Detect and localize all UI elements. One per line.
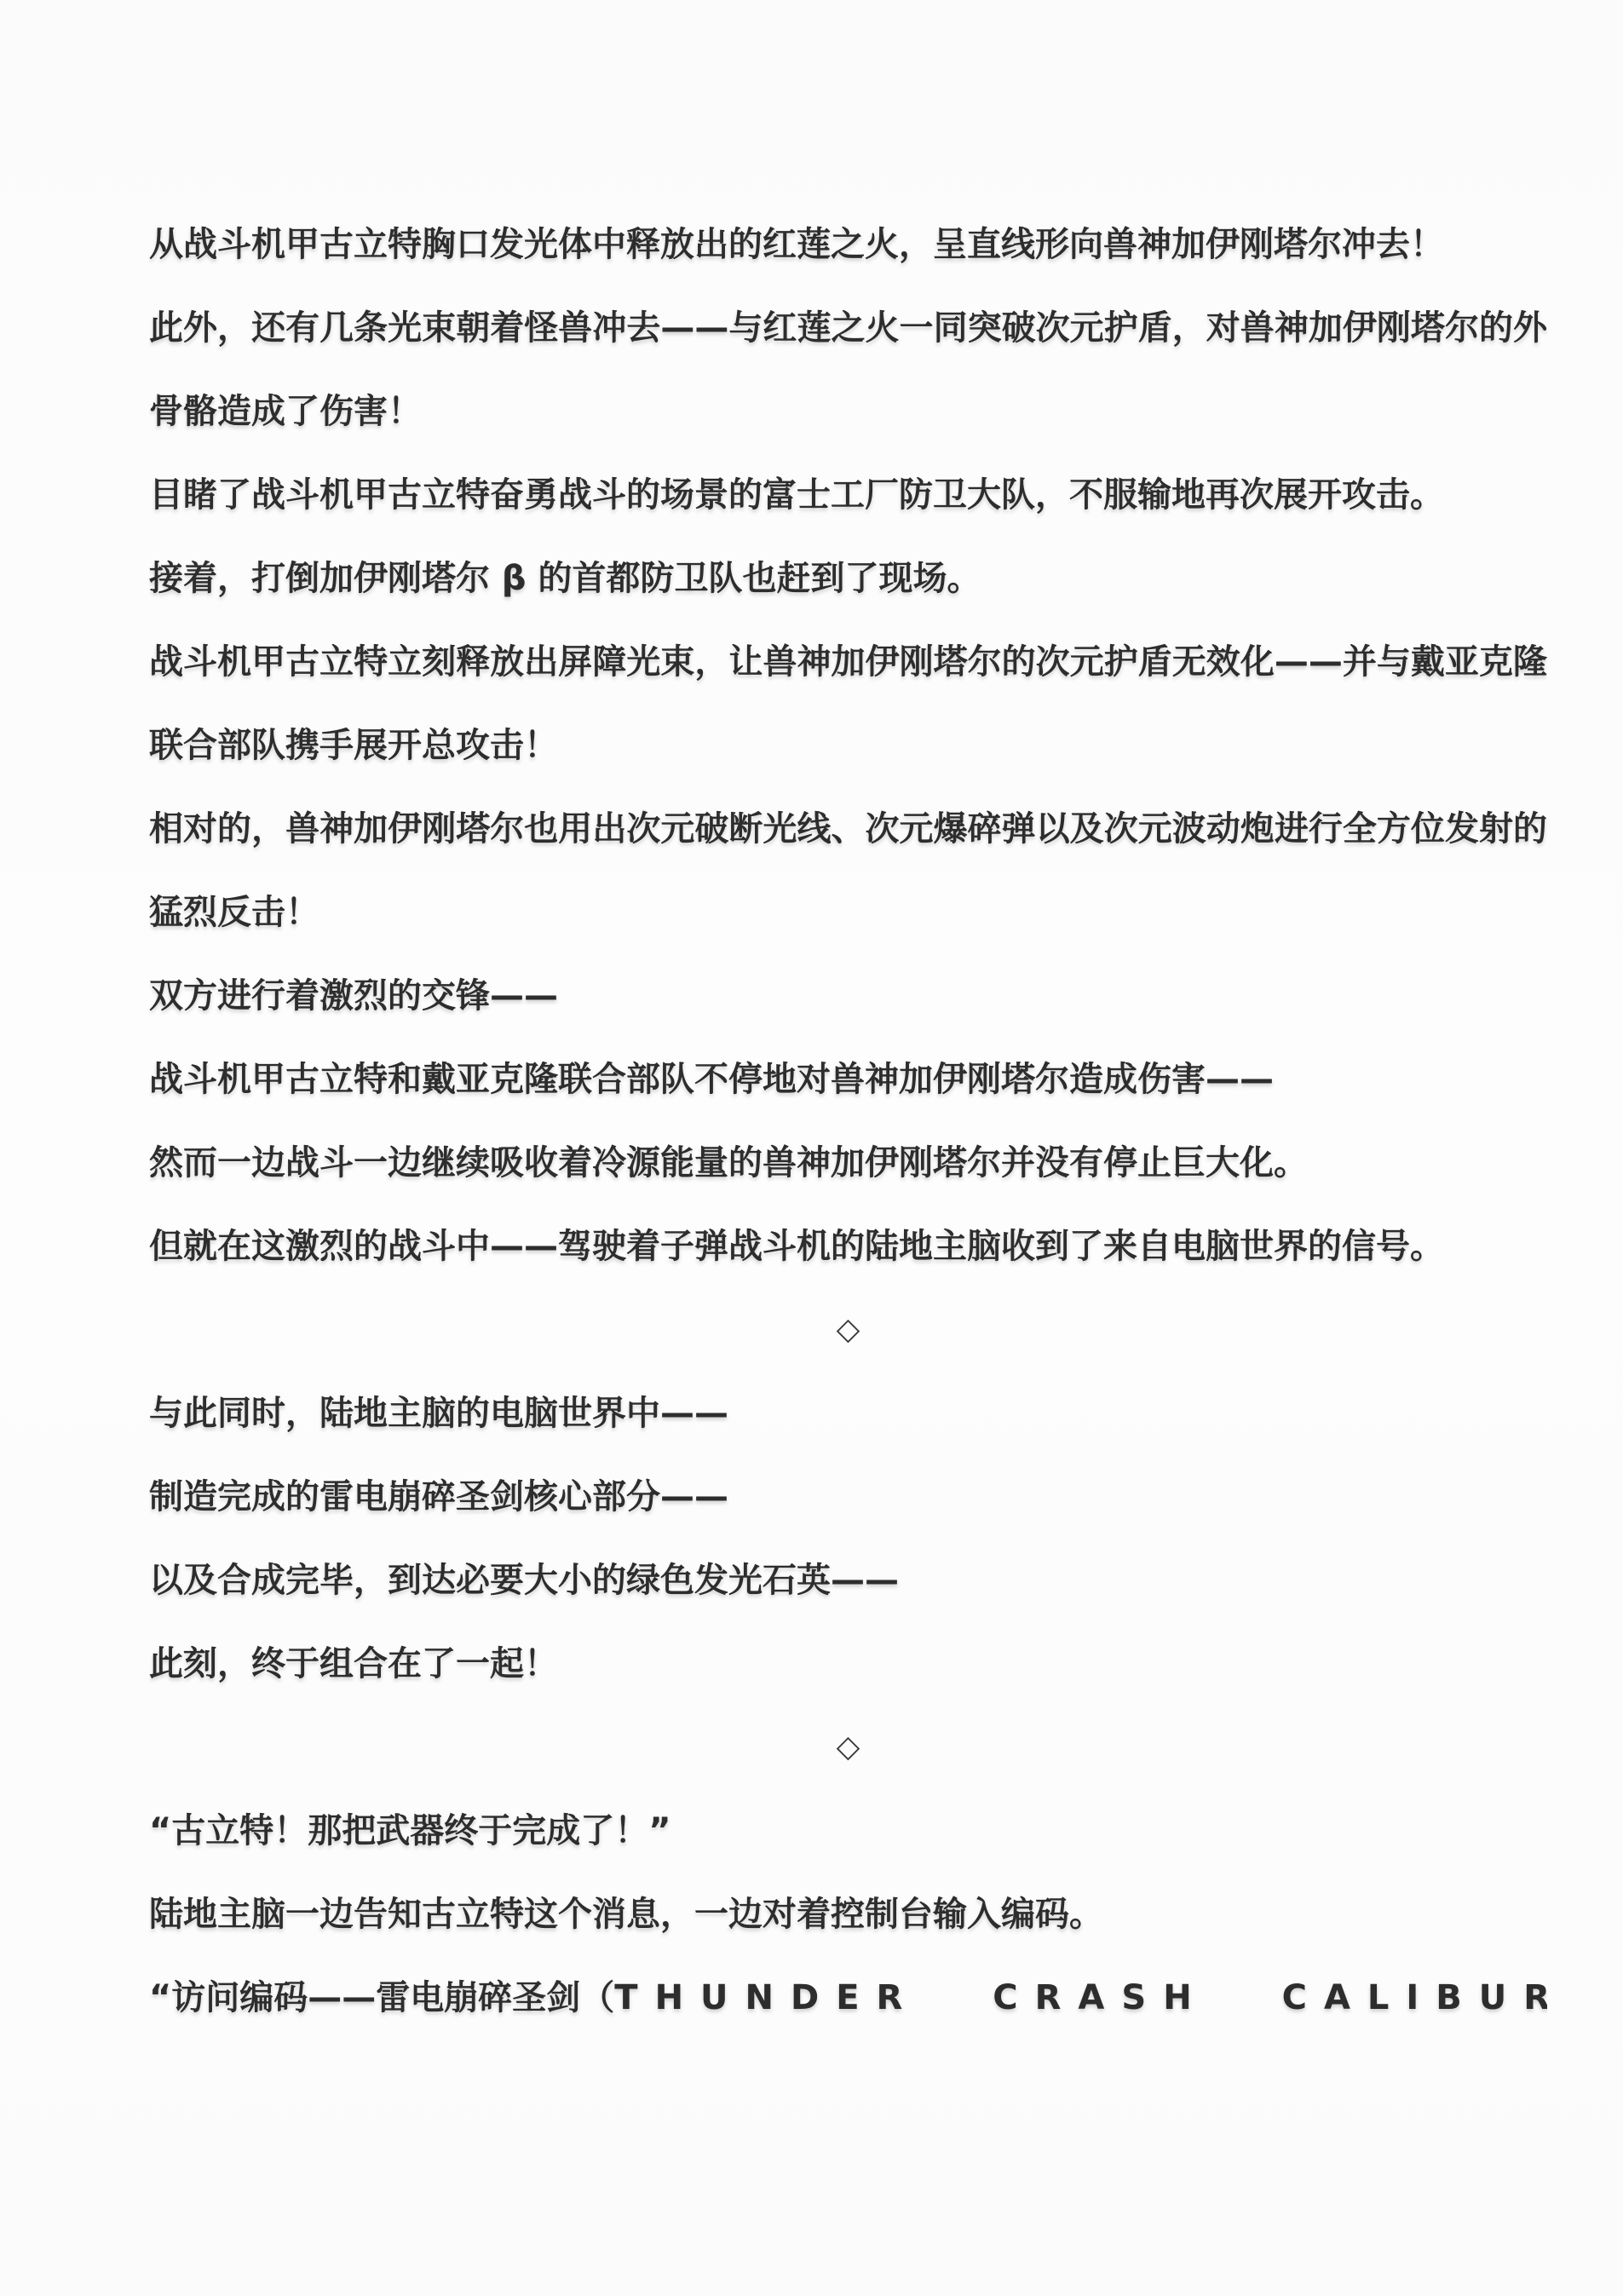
text-line: 接着，打倒加伊刚塔尔 β 的首都防卫队也赶到了现场。 <box>149 537 1547 620</box>
novel-page: 从战斗机甲古立特胸口发光体中释放出的红莲之火，呈直线形向兽神加伊刚塔尔冲去！此外… <box>0 0 1623 2296</box>
text-line: 以及合成完毕，到达必要大小的绿色发光石英—— <box>149 1539 1547 1622</box>
text-line: 从战斗机甲古立特胸口发光体中释放出的红莲之火，呈直线形向兽神加伊刚塔尔冲去！ <box>149 203 1547 286</box>
text-line: 陆地主脑一边告知古立特这个消息，一边对着控制台输入编码。 <box>149 1873 1547 1956</box>
text-line: 联合部队携手展开总攻击！ <box>149 704 1547 787</box>
text-segment: “访问编码——雷电崩碎圣剑（ <box>149 1978 614 2017</box>
text-line: 相对的，兽神加伊刚塔尔也用出次元破断光线、次元爆碎弹以及次元波动炮进行全方位发射… <box>149 787 1547 871</box>
text-line: 然而一边战斗一边继续吸收着冷源能量的兽神加伊刚塔尔并没有停止巨大化。 <box>149 1121 1547 1205</box>
text-line: “古立特！那把武器终于完成了！” <box>149 1789 1547 1873</box>
text-line: 但就在这激烈的战斗中——驾驶着子弹战斗机的陆地主脑收到了来自电脑世界的信号。 <box>149 1205 1547 1288</box>
text-line: 目睹了战斗机甲古立特奋勇战斗的场景的富士工厂防卫大队，不服输地再次展开攻击。 <box>149 453 1547 537</box>
section-separator-diamond-icon: ◇ <box>149 1706 1547 1789</box>
text-line: “访问编码——雷电崩碎圣剑（THUNDER CRASH CALIBUR）！” <box>149 1956 1547 2040</box>
text-line: 猛烈反击！ <box>149 871 1547 954</box>
text-line: 此外，还有几条光束朝着怪兽冲去——与红莲之火一同突破次元护盾，对兽神加伊刚塔尔的… <box>149 286 1547 370</box>
text-block: 从战斗机甲古立特胸口发光体中释放出的红莲之火，呈直线形向兽神加伊刚塔尔冲去！此外… <box>149 203 1547 2040</box>
access-code-latin-text: THUNDER CRASH CALIBUR <box>614 1978 1547 2017</box>
section-separator-diamond-icon: ◇ <box>149 1288 1547 1372</box>
text-line: 战斗机甲古立特立刻释放出屏障光束，让兽神加伊刚塔尔的次元护盾无效化——并与戴亚克… <box>149 620 1547 704</box>
text-line: 制造完成的雷电崩碎圣剑核心部分—— <box>149 1455 1547 1539</box>
text-line: 与此同时，陆地主脑的电脑世界中—— <box>149 1372 1547 1455</box>
text-line: 此刻，终于组合在了一起！ <box>149 1622 1547 1706</box>
text-line: 双方进行着激烈的交锋—— <box>149 954 1547 1038</box>
text-line: 骨骼造成了伤害！ <box>149 370 1547 453</box>
text-line: 战斗机甲古立特和戴亚克隆联合部队不停地对兽神加伊刚塔尔造成伤害—— <box>149 1038 1547 1121</box>
